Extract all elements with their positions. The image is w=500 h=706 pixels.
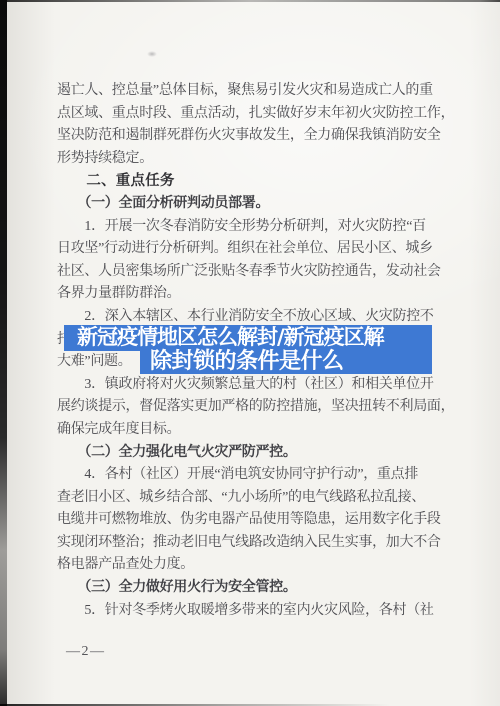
doc-line: 二、重点任务 bbox=[57, 170, 457, 193]
doc-line: 4．各村（社区）开展“消电筑安协同守护行动”，重点排 bbox=[57, 464, 457, 487]
doc-line: 3．镇政府将对火灾频繁总量大的村（社区）和相关单位开 bbox=[57, 374, 457, 397]
doc-line: 确保完成年度目标。 bbox=[57, 419, 457, 442]
overlay-banner-line-1[interactable]: 新冠疫情地区怎么解封/新冠疫区解 bbox=[64, 325, 432, 351]
doc-line: 电缆井可燃物堆放、伪劣电器产品使用等隐患，运用数字化手段 bbox=[57, 509, 457, 532]
scan-smudge bbox=[147, 51, 157, 57]
doc-line: 遏亡人、控总量”总体目标，聚焦易引发火灾和易造成亡人的重 bbox=[57, 80, 457, 103]
doc-line: 点区域、重点时段、重点活动，扎实做好岁末年初火灾防控工作， bbox=[57, 103, 457, 126]
doc-line: （二）全力强化电气火灾严防严控。 bbox=[57, 442, 457, 465]
doc-line: 形势持续稳定。 bbox=[57, 148, 457, 171]
doc-line: 社区、人员密集场所广泛张贴冬春季节火灾防控通告，发动社会 bbox=[57, 261, 457, 284]
scanned-document-page: 遏亡人、控总量”总体目标，聚焦易引发火灾和易造成亡人的重点区域、重点时段、重点活… bbox=[0, 0, 500, 706]
doc-line: 各界力量群防群治。 bbox=[57, 283, 457, 306]
scan-edge-top bbox=[0, 0, 500, 2]
doc-line: （一）全面分析研判动员部署。 bbox=[57, 193, 457, 216]
doc-line: 实现闭环整治；推动老旧电气线路改造纳入民生实事，加大不合 bbox=[57, 532, 457, 555]
doc-line: 查老旧小区、城乡结合部、“九小场所”的电气线路私拉乱接、 bbox=[57, 487, 457, 510]
overlay-banner-line-2[interactable]: 除封锁的条件是什么 bbox=[140, 351, 432, 374]
scan-edge-left bbox=[0, 0, 7, 706]
doc-line: 日攻坚”行动进行分析研判。组织在社会单位、居民小区、城乡 bbox=[57, 238, 457, 261]
doc-line: 格电器产品查处力度。 bbox=[57, 554, 457, 577]
doc-line: 5．针对冬季烤火取暖增多带来的室内火灾风险，各村（社 bbox=[57, 600, 457, 623]
doc-line: 坚决防范和遏制群死群伤火灾事故发生，全力确保我镇消防安全 bbox=[57, 125, 457, 148]
page-number: —2— bbox=[66, 644, 106, 660]
doc-line: 1．开展一次冬春消防安全形势分析研判，对火灾防控“百 bbox=[57, 216, 457, 239]
doc-line: （三）全力做好用火行为安全管控。 bbox=[57, 577, 457, 600]
doc-line: 展约谈提示，督促落实更加严格的防控措施，坚决扭转不利局面， bbox=[57, 396, 457, 419]
